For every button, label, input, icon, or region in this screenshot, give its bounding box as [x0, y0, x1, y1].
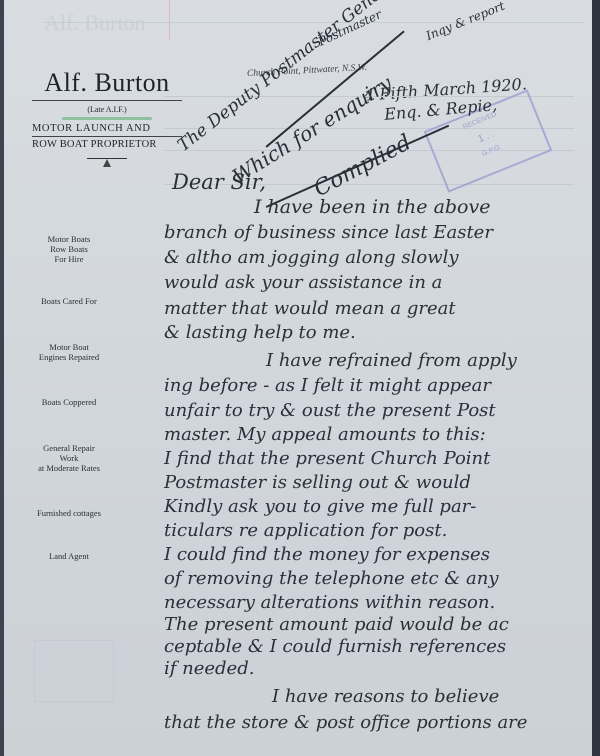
fold-mark [169, 0, 170, 40]
letter-line: branch of business since last Easter [164, 222, 493, 243]
letter-page: Alf. Burton Alf. Burton (Late A.I.F.) MO… [4, 0, 592, 756]
letter-line: The present amount paid would be ac [164, 614, 509, 635]
service-item: Motor Boats Row Boats For Hire [14, 234, 124, 264]
pencil-mark [34, 640, 114, 702]
letter-line: master. My appeal amounts to this: [164, 424, 486, 445]
letter-line: I have been in the above [254, 196, 490, 218]
letterhead-line-1: MOTOR LAUNCH AND [32, 123, 182, 134]
letter-line: ticulars re application for post. [164, 520, 447, 541]
letter-line: I find that the present Church Point [164, 448, 490, 469]
service-item: Boats Coppered [14, 397, 124, 407]
letterhead: Alf. Burton (Late A.I.F.) MOTOR LAUNCH A… [32, 68, 182, 170]
rule [32, 136, 182, 137]
show-through-text: Alf. Burton [44, 10, 274, 40]
letter-line: ceptable & I could furnish references [164, 636, 506, 657]
annotation-complied: Complied [310, 130, 416, 202]
letter-line: that the store & post office portions ar… [164, 712, 527, 733]
letter-line: I have reasons to believe [272, 686, 499, 707]
rule [32, 100, 182, 101]
service-item: Motor Boat Engines Repaired [14, 342, 124, 362]
service-item: Boats Cared For [14, 296, 124, 306]
highlight-mark [62, 117, 152, 120]
letter-line: ing before - as I felt it might appear [164, 375, 491, 396]
salutation: Dear Sir, [172, 170, 266, 194]
letter-line: & altho am jogging along slowly [164, 247, 459, 268]
letter-line: would ask your assistance in a [164, 272, 442, 293]
letter-line: & lasting help to me. [164, 322, 356, 343]
letter-line: Postmaster is selling out & would [164, 472, 471, 493]
letter-line: unfair to try & oust the present Post [164, 400, 496, 421]
letter-line: Kindly ask you to give me full par- [164, 496, 476, 517]
bell-icon [87, 156, 127, 170]
service-item: Land Agent [14, 551, 124, 561]
letterhead-subtitle: (Late A.I.F.) [32, 105, 182, 114]
background-edge [592, 0, 600, 756]
letterhead-name: Alf. Burton [32, 68, 182, 98]
letter-line: if needed. [164, 658, 254, 679]
letterhead-line-2: ROW BOAT PROPRIETOR [32, 139, 182, 150]
letter-line: of removing the telephone etc & any [164, 568, 499, 589]
letter-line: matter that would mean a great [164, 298, 456, 319]
service-item: Furnished cottages [14, 508, 124, 518]
letter-line: necessary alterations within reason. [164, 592, 495, 613]
service-item: General Repair Work at Moderate Rates [14, 443, 124, 473]
fold-line [44, 22, 584, 23]
letter-line: I have refrained from apply [266, 350, 517, 371]
letter-line: I could find the money for expenses [164, 544, 490, 565]
